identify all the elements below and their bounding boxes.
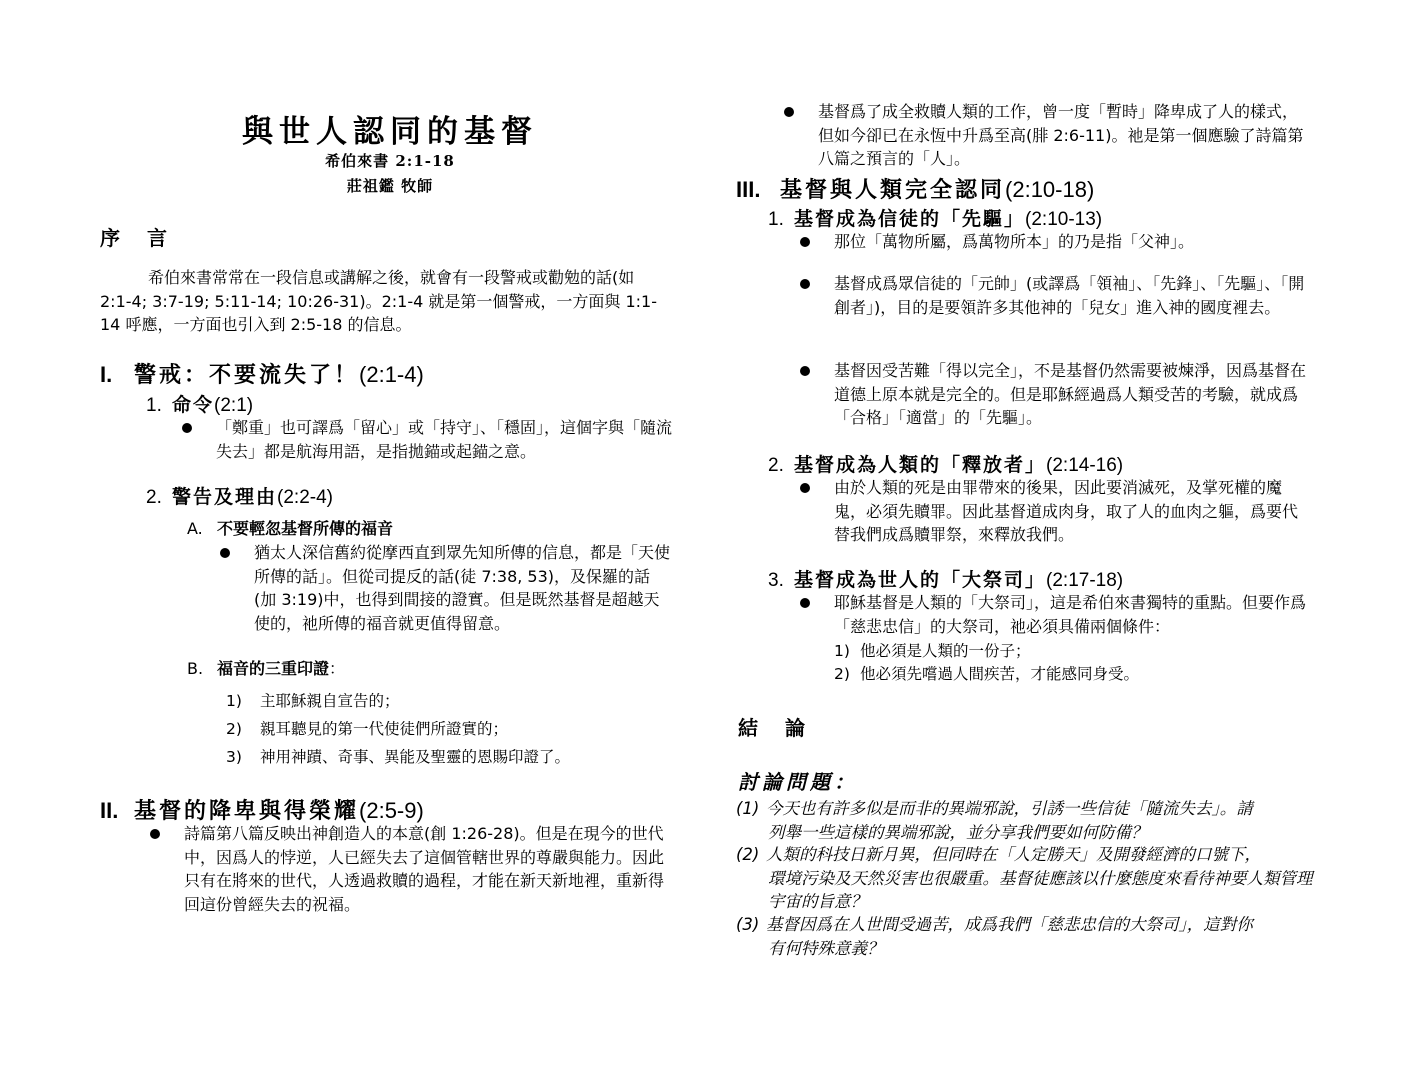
section-2-heading: II.基督的降卑與得榮耀(2:5-9) xyxy=(100,794,424,825)
item-ref: (2:1) xyxy=(214,395,253,416)
section-3-item-2-heading: 2.基督成為人類的「釋放者」(2:14-16) xyxy=(768,450,1123,477)
preface-heading: 序 言 xyxy=(100,222,177,251)
item-title: 基督成為信徒的「先驅」 xyxy=(794,208,1025,230)
bullet-text: 猶太人深信舊約從摩西直到眾先知所傳的信息，都是「天使所傳的話」。但從司提反的話(… xyxy=(254,541,672,635)
section-title: 警戒：不要流失了！ xyxy=(134,362,359,388)
section-title: 基督與人類完全認同 xyxy=(780,177,1005,203)
list-item: 2)親耳聽見的第一代使徒們所證實的； xyxy=(226,717,508,739)
bullet-item: 耶穌基督是人類的「大祭司」，這是希伯來書獨特的重點。但要作爲「慈悲忠信」的大祭司… xyxy=(800,591,1310,638)
question-number: (1) xyxy=(736,797,766,821)
item-ref: (2:14-16) xyxy=(1046,455,1123,476)
subpoint-label: 福音的三重印證 xyxy=(217,659,329,678)
list-number: 2) xyxy=(226,720,260,738)
bullet-item: 基督爲了成全救贖人類的工作，曾一度「暫時」降卑成了人的樣式，但如今卻已在永恆中升… xyxy=(784,100,1309,171)
item-ref: (2:10-13) xyxy=(1025,209,1102,230)
section-3-item-1-heading: 1.基督成為信徒的「先驅」(2:10-13) xyxy=(768,204,1102,231)
list-item: 1)主耶穌親自宣告的； xyxy=(226,689,400,711)
bullet-icon xyxy=(800,598,810,608)
section-number: I. xyxy=(100,362,134,388)
bullet-item: 由於人類的死是由罪帶來的後果，因此要消滅死，及掌死權的魔鬼，必須先贖罪。因此基督… xyxy=(800,476,1310,547)
section-number: III. xyxy=(736,177,780,203)
condition-item: 2)他必須先嚐過人間疾苦，才能感同身受。 xyxy=(834,662,1139,684)
section-3-item-3-heading: 3.基督成為世人的「大祭司」(2:17-18) xyxy=(768,565,1123,592)
question-text-cont: 列舉一些這樣的異端邪說，並分享我們要如何防備？ xyxy=(736,821,1316,845)
author: 莊祖鑑 牧師 xyxy=(0,175,780,196)
bullet-item: 基督因受苦難「得以完全」，不是基督仍然需要被煉淨，因爲基督在道德上原本就是完全的… xyxy=(800,359,1310,430)
subpoint-a-heading: A.不要輕忽基督所傳的福音 xyxy=(187,516,393,539)
colon: ： xyxy=(329,659,345,678)
section-ref: (2:10-18) xyxy=(1005,177,1094,202)
bullet-item: 猶太人深信舊約從摩西直到眾先知所傳的信息，都是「天使所傳的話」。但從司提反的話(… xyxy=(220,541,672,635)
discussion-question: (3)基督因爲在人世間受過苦，成爲我們「慈悲忠信的大祭司」，這對你 有何特殊意義… xyxy=(736,913,1316,960)
subpoint-letter: A. xyxy=(187,519,217,538)
item-number: 1. xyxy=(146,395,172,417)
list-number: 2) xyxy=(834,665,860,683)
bullet-icon xyxy=(150,829,160,839)
page-title: 與世人認同的基督 xyxy=(0,106,780,151)
item-ref: (2:2-4) xyxy=(277,487,333,508)
section-ref: (2:1-4) xyxy=(359,362,424,387)
item-title: 命令 xyxy=(172,394,214,416)
question-number: (2) xyxy=(736,843,766,867)
subpoint-label: 不要輕忽基督所傳的福音 xyxy=(217,519,393,538)
bullet-text: 由於人類的死是由罪帶來的後果，因此要消滅死，及掌死權的魔鬼，必須先贖罪。因此基督… xyxy=(834,476,1310,547)
item-number: 2. xyxy=(768,455,794,477)
item-title: 基督成為人類的「釋放者」 xyxy=(794,454,1046,476)
bullet-text: 基督因受苦難「得以完全」，不是基督仍然需要被煉淨，因爲基督在道德上原本就是完全的… xyxy=(834,359,1310,430)
conclusion-heading: 結 論 xyxy=(738,712,815,741)
bullet-item: 那位「萬物所屬，爲萬物所本」的乃是指「父神」。 xyxy=(800,230,1310,254)
bullet-text: 那位「萬物所屬，爲萬物所本」的乃是指「父神」。 xyxy=(834,230,1194,254)
item-number: 2. xyxy=(146,487,172,509)
list-item: 3)神用神蹟、奇事、異能及聖靈的恩賜印證了。 xyxy=(226,745,570,767)
bullet-item: 「鄭重」也可譯爲「留心」或「持守」、「穩固」，這個字與「隨流失去」都是航海用語，… xyxy=(182,416,672,463)
bullet-text: 基督爲了成全救贖人類的工作，曾一度「暫時」降卑成了人的樣式，但如今卻已在永恆中升… xyxy=(818,100,1309,171)
list-number: 3) xyxy=(226,748,260,766)
item-ref: (2:17-18) xyxy=(1046,570,1123,591)
bullet-text: 耶穌基督是人類的「大祭司」，這是希伯來書獨特的重點。但要作爲「慈悲忠信」的大祭司… xyxy=(834,591,1310,638)
bullet-item: 基督成爲眾信徒的「元帥」(或譯爲「領袖」、「先鋒」、「先驅」、「開創者」)，目的… xyxy=(800,272,1310,319)
list-text: 他必須是人類的一份子； xyxy=(860,642,1031,660)
question-text-cont: 環境污染及天然災害也很嚴重。基督徒應該以什麼態度來看待神要人類管理宇宙的旨意？ xyxy=(736,867,1316,914)
section-ref: (2:5-9) xyxy=(359,798,424,823)
section-3-heading: III.基督與人類完全認同(2:10-18) xyxy=(736,173,1094,204)
list-text: 他必須先嚐過人間疾苦，才能感同身受。 xyxy=(860,665,1139,683)
section-1-item-1-heading: 1.命令(2:1) xyxy=(146,390,253,417)
question-number: (3) xyxy=(736,913,766,937)
discussion-heading: 討論問題： xyxy=(738,766,858,795)
question-text: 人類的科技日新月異，但同時在「人定勝天」及開發經濟的口號下， xyxy=(766,845,1261,864)
question-text-cont: 有何特殊意義？ xyxy=(736,937,1316,961)
section-title: 基督的降卑與得榮耀 xyxy=(134,798,359,824)
bullet-icon xyxy=(220,548,230,558)
section-1-heading: I.警戒：不要流失了！(2:1-4) xyxy=(100,358,424,389)
bullet-icon xyxy=(182,423,192,433)
subpoint-b-heading: B.福音的三重印證： xyxy=(187,656,345,679)
question-text: 今天也有許多似是而非的異端邪說，引誘一些信徒「隨流失去」。請 xyxy=(766,799,1253,818)
bullet-text: 詩篇第八篇反映出神創造人的本意(創 1:26-28)。但是在現今的世代中，因爲人… xyxy=(184,822,672,916)
item-title: 基督成為世人的「大祭司」 xyxy=(794,569,1046,591)
bullet-icon xyxy=(800,483,810,493)
item-title: 警告及理由 xyxy=(172,486,277,508)
list-text: 神用神蹟、奇事、異能及聖靈的恩賜印證了。 xyxy=(260,748,570,766)
discussion-question: (2)人類的科技日新月異，但同時在「人定勝天」及開發經濟的口號下， 環境污染及天… xyxy=(736,843,1316,914)
list-text: 主耶穌親自宣告的； xyxy=(260,692,400,710)
bullet-text: 「鄭重」也可譯爲「留心」或「持守」、「穩固」，這個字與「隨流失去」都是航海用語，… xyxy=(216,416,672,463)
section-number: II. xyxy=(100,798,134,824)
preface-paragraph: 希伯來書常常在一段信息或講解之後，就會有一段警戒或勸勉的話(如 2:1-4; 3… xyxy=(100,266,668,337)
bullet-text: 基督成爲眾信徒的「元帥」(或譯爲「領袖」、「先鋒」、「先驅」、「開創者」)，目的… xyxy=(834,272,1310,319)
discussion-question: (1)今天也有許多似是而非的異端邪說，引誘一些信徒「隨流失去」。請 列舉一些這樣… xyxy=(736,797,1316,844)
question-text: 基督因爲在人世間受過苦，成爲我們「慈悲忠信的大祭司」，這對你 xyxy=(766,915,1253,934)
list-number: 1) xyxy=(834,642,860,660)
item-number: 3. xyxy=(768,570,794,592)
section-1-item-2-heading: 2.警告及理由(2:2-4) xyxy=(146,482,333,509)
subpoint-letter: B. xyxy=(187,659,217,678)
bullet-icon xyxy=(800,237,810,247)
list-text: 親耳聽見的第一代使徒們所證實的； xyxy=(260,720,508,738)
list-number: 1) xyxy=(226,692,260,710)
bullet-icon xyxy=(800,366,810,376)
bullet-icon xyxy=(784,107,794,117)
bullet-icon xyxy=(800,279,810,289)
scripture-reference: 希伯來書 2:1-18 xyxy=(0,150,780,171)
bullet-item: 詩篇第八篇反映出神創造人的本意(創 1:26-28)。但是在現今的世代中，因爲人… xyxy=(150,822,672,916)
item-number: 1. xyxy=(768,209,794,231)
condition-item: 1)他必須是人類的一份子； xyxy=(834,639,1031,661)
